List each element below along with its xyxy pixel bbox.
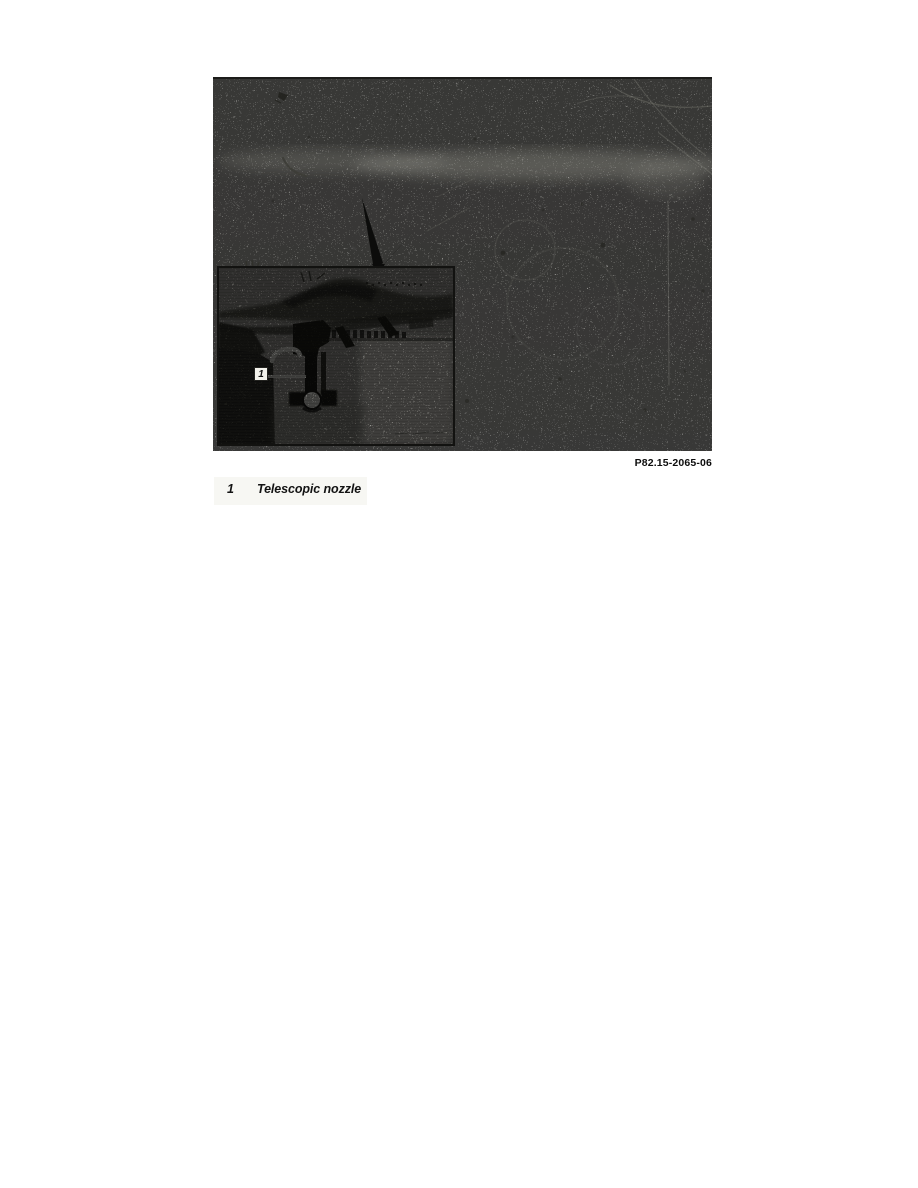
inset-photo: 1 [217,266,455,446]
caption-item-number: 1 [227,482,257,496]
figure-reference-code: P82.15-2065-06 [213,457,712,469]
document-page: 1 P82.15-2065-06 1 Telescopic nozzle [0,0,918,1188]
inset-part-label: 1 [254,367,268,381]
caption-item-text: Telescopic nozzle [257,482,361,496]
inset-photo-art [219,268,453,444]
scanned-figure-image: 1 [213,77,712,451]
figure-caption: 1 Telescopic nozzle [213,482,361,496]
